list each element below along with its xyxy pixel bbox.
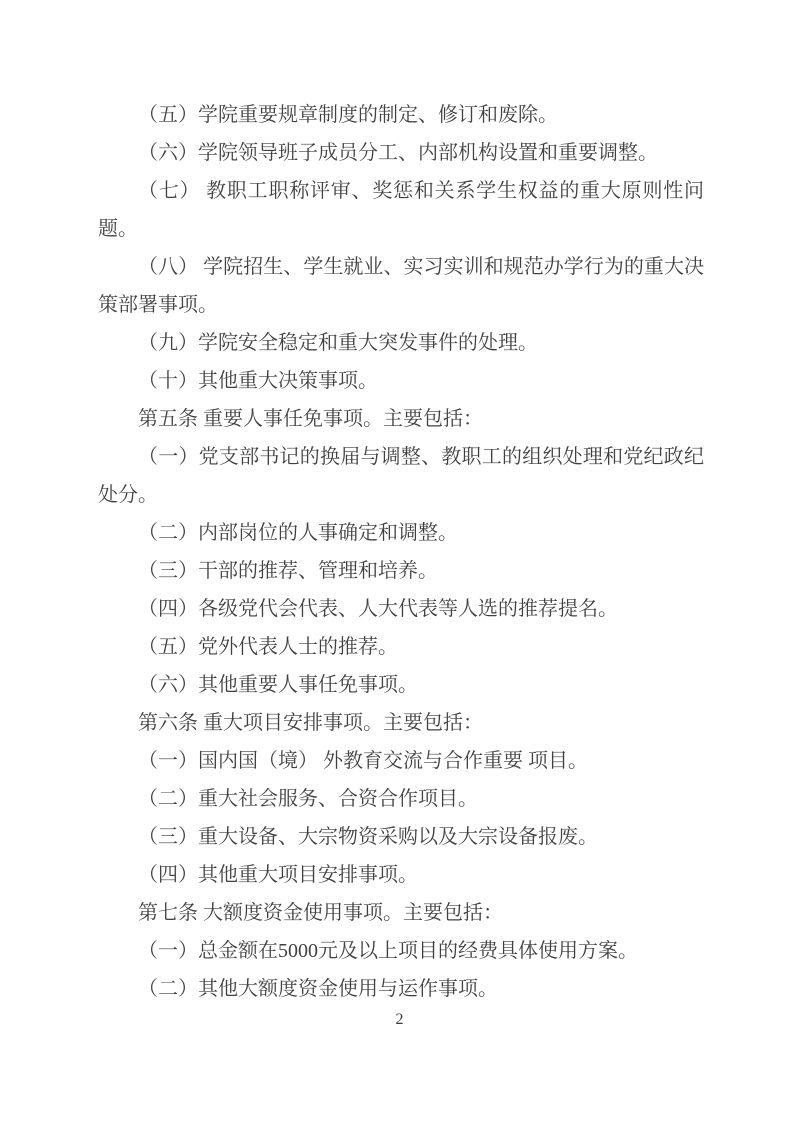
clause-paragraph: （十）其他重大决策事项。 xyxy=(98,362,704,400)
clause-paragraph: （四）其他重大项目安排事项。 xyxy=(98,856,704,894)
clause-paragraph: （四）各级党代会代表、人大代表等人选的推荐提名。 xyxy=(98,590,704,628)
clause-paragraph: （五）学院重要规章制度的制定、修订和废除。 xyxy=(98,96,704,134)
page-content: （五）学院重要规章制度的制定、修订和废除。 （六）学院领导班子成员分工、内部机构… xyxy=(98,96,704,1008)
clause-paragraph: （九）学院安全稳定和重大突发事件的处理。 xyxy=(98,324,704,362)
clause-paragraph: （二）重大社会服务、合资合作项目。 xyxy=(98,780,704,818)
clause-paragraph: （八） 学院招生、学生就业、实习实训和规范办学行为的重大决策部署事项。 xyxy=(98,248,704,324)
clause-paragraph: （一）总金额在5000元及以上项目的经费具体使用方案。 xyxy=(98,932,704,970)
clause-paragraph: （二）其他大额度资金使用与运作事项。 xyxy=(98,970,704,1008)
clause-paragraph: （五）党外代表人士的推荐。 xyxy=(98,628,704,666)
clause-paragraph: （三）干部的推荐、管理和培养。 xyxy=(98,552,704,590)
document-page: （五）学院重要规章制度的制定、修订和废除。 （六）学院领导班子成员分工、内部机构… xyxy=(0,0,799,1131)
clause-paragraph: （一）国内国（境） 外教育交流与合作重要 项目。 xyxy=(98,742,704,780)
clause-paragraph: （一）党支部书记的换届与调整、教职工的组织处理和党纪政纪处分。 xyxy=(98,438,704,514)
clause-paragraph: （七） 教职工职称评审、奖惩和关系学生权益的重大原则性问题。 xyxy=(98,172,704,248)
clause-paragraph: （三）重大设备、大宗物资采购以及大宗设备报废。 xyxy=(98,818,704,856)
article-heading-paragraph: 第七条 大额度资金使用事项。主要包括： xyxy=(98,894,704,932)
page-number: 2 xyxy=(0,1008,799,1032)
clause-paragraph: （二）内部岗位的人事确定和调整。 xyxy=(98,514,704,552)
article-heading-paragraph: 第五条 重要人事任免事项。主要包括： xyxy=(98,400,704,438)
clause-paragraph: （六）学院领导班子成员分工、内部机构设置和重要调整。 xyxy=(98,134,704,172)
clause-paragraph: （六）其他重要人事任免事项。 xyxy=(98,666,704,704)
article-heading-paragraph: 第六条 重大项目安排事项。主要包括： xyxy=(98,704,704,742)
